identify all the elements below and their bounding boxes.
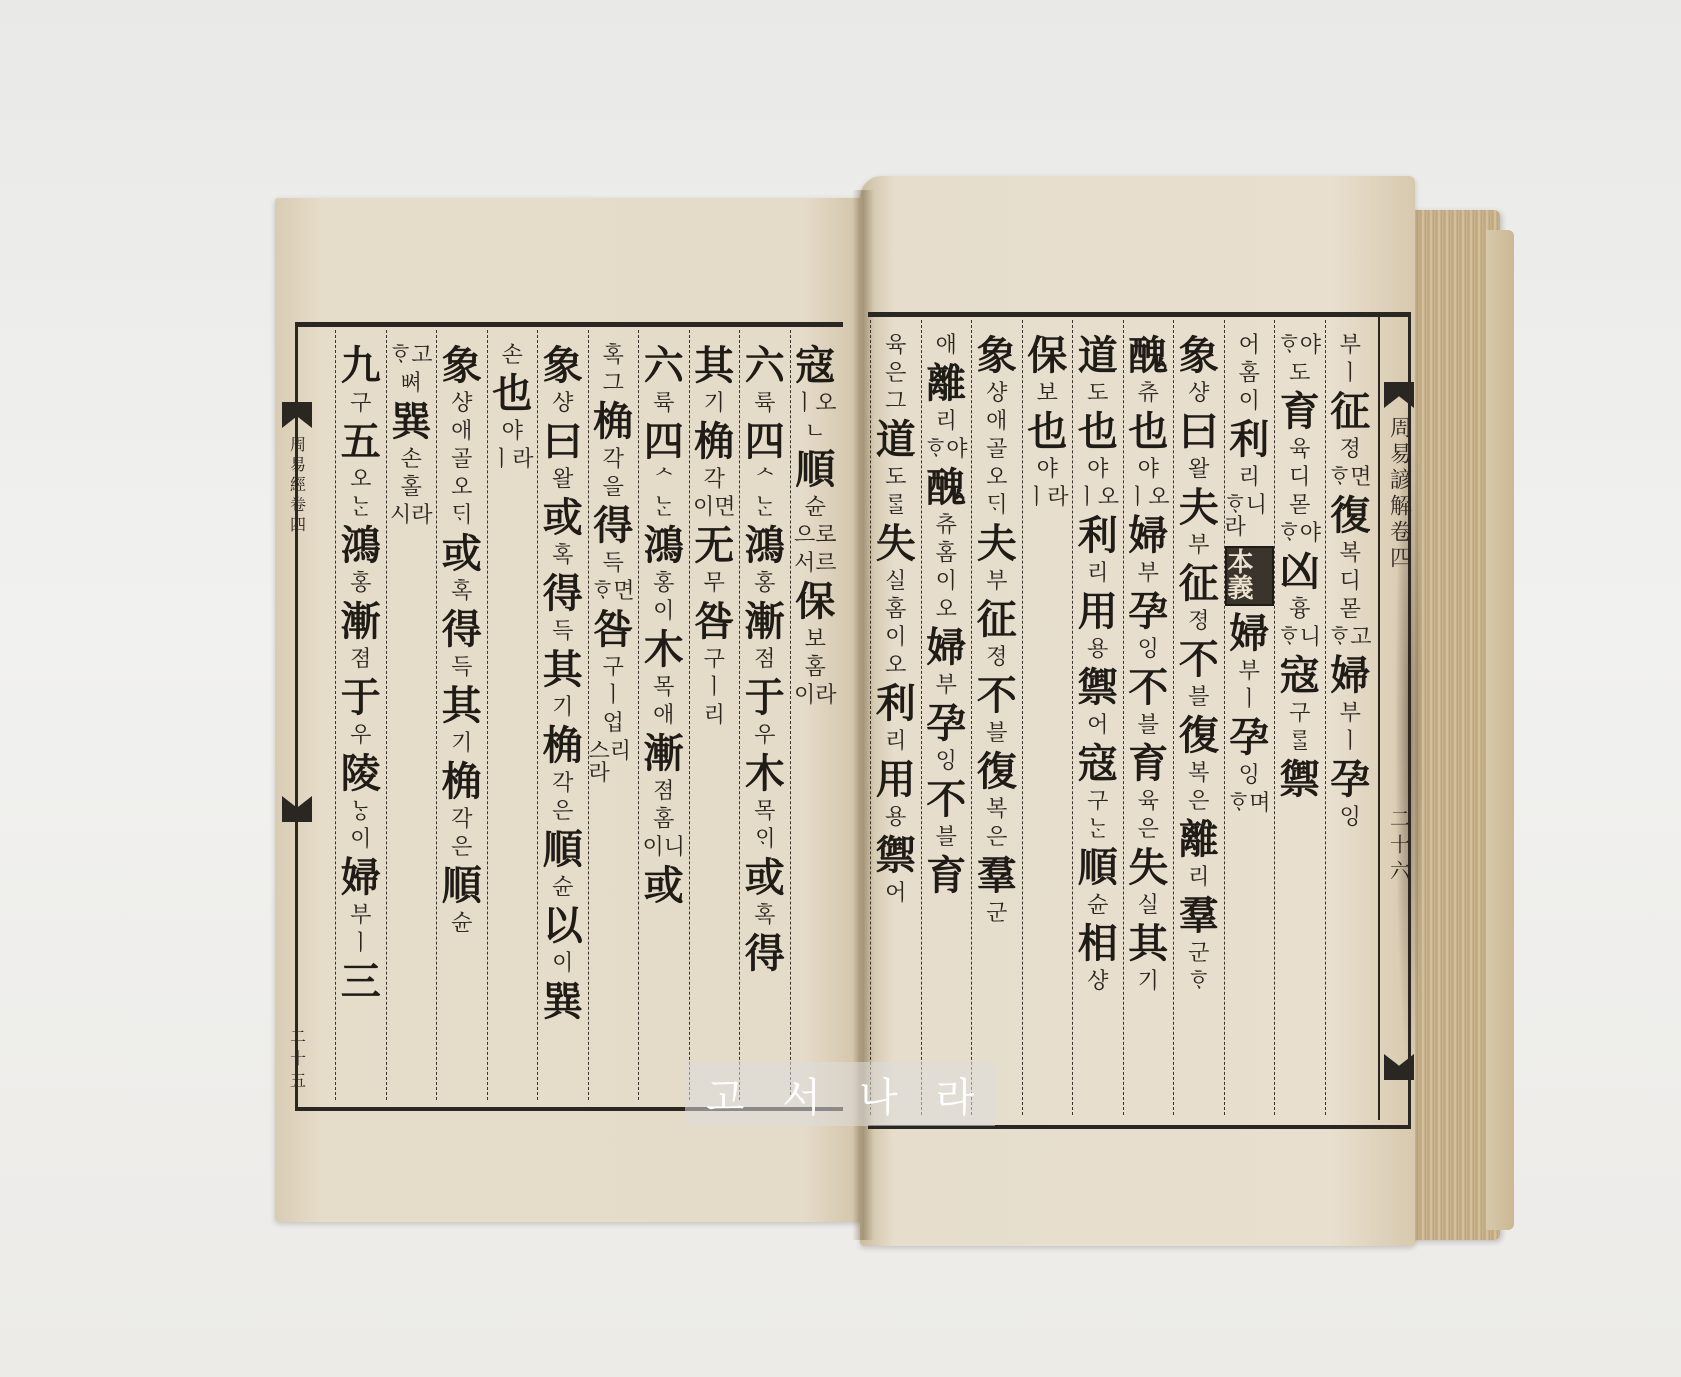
hangul-gloss: 흉 [1289, 599, 1310, 621]
hangul-gloss: ᄒᆞ야 [1278, 523, 1321, 545]
hangul-gloss: 홈 [805, 657, 826, 679]
hangul-gloss: ㅣ라 [491, 449, 534, 471]
hanja-character: 利 [876, 684, 916, 724]
hanja-character: 其 [1128, 924, 1168, 964]
hangul-gloss: ᄅᆞᆯ [885, 495, 906, 517]
right-fore-edge-margin: 周易諺解卷四 二十六 [1378, 312, 1418, 1120]
hanja-character: 无 [694, 526, 734, 566]
fishtail-upper-icon [1384, 382, 1414, 408]
watermark: 고서나라 [685, 1062, 995, 1126]
hanja-character: 鴻 [745, 526, 785, 566]
hangul-gloss: 골 [986, 439, 1007, 461]
fishtail-lower-icon [1384, 1054, 1414, 1080]
hangul-gloss: 홍 [754, 573, 775, 595]
hanja-character: 婦 [1128, 516, 1168, 556]
hanja-character: 育 [1280, 392, 1320, 432]
hangul-gloss: 도 [1087, 383, 1108, 405]
hanja-character: 或 [745, 858, 785, 898]
hangul-gloss: ㅣ [1239, 689, 1260, 711]
hangul-gloss: 복 [1340, 543, 1361, 565]
hanja-character: 育 [926, 856, 966, 896]
hangul-gloss: 졍 [1340, 439, 1361, 461]
hanja-character: 征 [1179, 564, 1219, 604]
hangul-gloss: 은 [1138, 819, 1159, 841]
hangul-gloss: 오 [936, 599, 957, 621]
hanja-character: 保 [1027, 336, 1067, 376]
hangul-gloss: 잉 [936, 751, 957, 773]
hanja-character: 不 [1128, 668, 1168, 708]
hangul-gloss: 이면 [693, 497, 736, 519]
hangul-gloss: 리 [1087, 563, 1108, 585]
hangul-gloss: 홈 [653, 809, 674, 831]
hangul-gloss: 리 [1239, 467, 1260, 489]
hanja-character: 羣 [977, 856, 1017, 896]
hangul-gloss: 샹 [1087, 971, 1108, 993]
hangul-gloss: 기 [552, 697, 573, 719]
hangul-gloss: 은 [451, 837, 472, 859]
hanja-character: 婦 [926, 628, 966, 668]
hanja-character: 利 [1229, 420, 1269, 460]
hangul-gloss: ᄡᅧ [401, 373, 422, 395]
left-fore-edge-margin: 周易經卷四 二十五 [282, 322, 312, 1102]
hangul-gloss: 손 [401, 449, 422, 471]
hangul-gloss: 리 [936, 411, 957, 433]
hangul-gloss: 득 [552, 621, 573, 643]
hanja-character: 其 [442, 686, 482, 726]
hangul-gloss: 부 [1188, 535, 1209, 557]
watermark-char: 고 [706, 1066, 745, 1123]
hanja-character: 陵 [341, 754, 381, 794]
hangul-gloss: 야 [1037, 459, 1058, 481]
hanja-character: 凶 [1280, 552, 1320, 592]
hanja-character: 其 [694, 346, 734, 386]
watermark-char: 서 [782, 1066, 821, 1123]
hanja-character: 相 [1078, 924, 1118, 964]
fishtail-upper-icon [282, 402, 312, 428]
hanja-character: 孕 [1128, 592, 1168, 632]
hangul-gloss: 샹 [986, 383, 1007, 405]
hangul-gloss: 각 [704, 469, 725, 491]
hanja-character: 九 [341, 346, 381, 386]
hangul-gloss: 무 [704, 573, 725, 595]
hanja-character: 巽 [391, 402, 431, 442]
hangul-gloss: 홍 [653, 573, 674, 595]
hangul-gloss: 홈 [885, 599, 906, 621]
hangul-gloss: 야 [1138, 459, 1159, 481]
hanja-character: 也 [1128, 412, 1168, 452]
hangul-gloss: 업 [603, 713, 624, 735]
watermark-char: 나 [859, 1066, 898, 1123]
hangul-gloss: ᄂᆞᆫ [350, 497, 371, 519]
hanja-character: 寇 [1078, 744, 1118, 784]
hanja-character: 復 [977, 752, 1017, 792]
hangul-gloss: ᄂᆞᆫ [754, 497, 775, 519]
left-page-number: 二十五 [286, 1028, 309, 1094]
hangul-gloss: 오 [350, 469, 371, 491]
hanja-character: 桷 [543, 726, 583, 766]
hangul-gloss: 각 [451, 809, 472, 831]
hangul-gloss: 부 [986, 571, 1007, 593]
hangul-gloss: 야 [1087, 459, 1108, 481]
hangul-gloss: ᄒᆞ고 [390, 345, 433, 367]
hanja-character: 婦 [1330, 656, 1370, 696]
hangul-gloss: 샹 [451, 393, 472, 415]
hangul-gloss: 이 [653, 601, 674, 623]
hanja-character: 桷 [593, 402, 633, 442]
hanja-character: 得 [543, 574, 583, 614]
hangul-gloss: 보 [1037, 383, 1058, 405]
hanja-character: 漸 [644, 734, 684, 774]
hanja-character: 得 [442, 610, 482, 650]
hangul-gloss: 블 [986, 723, 1007, 745]
hangul-gloss: 점 [754, 649, 775, 671]
hangul-gloss: 이라 [794, 685, 837, 707]
hangul-gloss: 복 [1188, 763, 1209, 785]
hangul-gloss: 홀 [401, 477, 422, 499]
text-column: 醜츄也야ㅣ오婦부孕잉不블育육은失실其기 [1123, 320, 1174, 1115]
hanja-character: 離 [926, 364, 966, 404]
hanja-character: 順 [442, 866, 482, 906]
hangul-gloss: 도 [885, 467, 906, 489]
hangul-gloss: 슌 [552, 877, 573, 899]
hanja-character: 禦 [876, 836, 916, 876]
text-column: ᄒᆞ고ᄡᅧ巽손홀시라 [386, 330, 437, 1100]
hangul-gloss: 육 [1138, 791, 1159, 813]
hangul-gloss: 은 [1188, 791, 1209, 813]
hangul-gloss: 구 [1289, 703, 1310, 725]
hanja-character: 于 [745, 678, 785, 718]
hangul-gloss: 스리라 [589, 741, 639, 785]
hangul-gloss: 왈 [1188, 459, 1209, 481]
hanja-character: 用 [1078, 592, 1118, 632]
hangul-gloss: 이 [1239, 391, 1260, 413]
hangul-gloss: 혹 [451, 581, 472, 603]
hangul-gloss: 기 [1138, 971, 1159, 993]
hangul-gloss: 시라 [390, 505, 433, 527]
hangul-gloss: 부 [1138, 563, 1159, 585]
hanja-character: 不 [926, 780, 966, 820]
right-text-columns: 부ㅣ征졍ᄒᆞ면復복디몯ᄒᆞ고婦부ㅣ孕잉ᄒᆞ야도育육디몯ᄒᆞ야凶흉ᄒᆞ니寇구ᄅᆞᆯ… [870, 320, 1375, 1115]
hangul-gloss: 슌 [1087, 895, 1108, 917]
text-column: 九구五오ᄂᆞᆫ鴻홍漸졈于우陵ᄂᆞᆼ이婦부ㅣ三 [335, 330, 386, 1100]
hanja-character: 得 [593, 506, 633, 546]
hanja-character: 順 [543, 830, 583, 870]
hangul-gloss: 몯 [1289, 495, 1310, 517]
hangul-gloss: 블 [1188, 687, 1209, 709]
hangul-gloss: 부 [1340, 703, 1361, 725]
hanja-character: 木 [745, 754, 785, 794]
hanja-character: 利 [1078, 516, 1118, 556]
hangul-gloss: 디 [1340, 571, 1361, 593]
hanja-character: 醜 [1128, 336, 1168, 376]
text-column: 象샹曰왈夫부征졍不블復복은離리羣군ᄒᆞ [1173, 320, 1224, 1115]
hanja-character: 寇 [1280, 656, 1320, 696]
hangul-gloss: ᄒᆞ면 [592, 581, 635, 603]
text-column: 象샹曰왈或혹得득其기桷각은順슌以이巽 [537, 330, 588, 1100]
hanja-character: 失 [1128, 848, 1168, 888]
hangul-gloss: 손 [502, 345, 523, 367]
hangul-gloss: 은 [552, 801, 573, 823]
hangul-gloss: ㅣ라 [1026, 487, 1069, 509]
hangul-gloss: ㅣ [704, 677, 725, 699]
hanja-character: 征 [1330, 392, 1370, 432]
hangul-gloss: 혹 [754, 905, 775, 927]
hangul-gloss: 골 [451, 449, 472, 471]
hangul-gloss: 애 [986, 411, 1007, 433]
hangul-gloss: ᄒᆞ고 [1329, 627, 1372, 649]
hanja-character: 保 [795, 582, 835, 622]
hanja-character: 六 [745, 346, 785, 386]
hangul-gloss: 홍 [350, 573, 371, 595]
hangul-gloss: 부 [350, 905, 371, 927]
hangul-gloss: 몯 [1340, 599, 1361, 621]
hanja-character: 于 [341, 678, 381, 718]
text-column: 六륙四ᄉᄂᆞᆫ鴻홍이木목애漸졈홈이니或 [638, 330, 689, 1100]
hangul-gloss: 혹 [603, 345, 624, 367]
hangul-gloss: ᄒᆞ야 [925, 439, 968, 461]
hangul-gloss: 츄 [1138, 383, 1159, 405]
hangul-gloss: 잉 [1340, 807, 1361, 829]
hanja-character: 咎 [694, 602, 734, 642]
text-column: 혹그桷각을得득ᄒᆞ면咎구ㅣ업스리라 [588, 330, 639, 1100]
hangul-gloss: ᄂᆞᆼ [350, 801, 371, 823]
hangul-gloss: 리 [704, 705, 725, 727]
hangul-gloss: 륙 [653, 393, 674, 415]
hanja-character: 漸 [745, 602, 785, 642]
hangul-gloss: 서르 [794, 553, 837, 575]
hanja-character: 木 [644, 630, 684, 670]
hanja-character: 三 [341, 962, 381, 1002]
hangul-gloss: ᄒᆞ니라 [1225, 495, 1275, 539]
text-column: 其기桷각이면无무咎구ㅣ리 [689, 330, 740, 1100]
hangul-gloss: 륙 [754, 393, 775, 415]
hangul-gloss: 도 [1289, 363, 1310, 385]
hangul-gloss: 샹 [552, 393, 573, 415]
right-margin-title: 周易諺解卷四 [1384, 416, 1415, 572]
hangul-gloss: 기 [704, 393, 725, 415]
hanja-character: 漸 [341, 602, 381, 642]
hanja-character: 也 [1078, 412, 1118, 452]
hangul-gloss: 이 [552, 953, 573, 975]
watermark-char: 라 [936, 1066, 975, 1123]
hanja-character: 巽 [543, 982, 583, 1022]
hangul-gloss: 부 [1340, 335, 1361, 357]
hanja-character: 象 [442, 346, 482, 386]
text-column: ᄒᆞ야도育육디몯ᄒᆞ야凶흉ᄒᆞ니寇구ᄅᆞᆯ禦 [1274, 320, 1325, 1115]
hangul-gloss: ᄒᆞ [1188, 971, 1209, 993]
hanja-character: 夫 [1179, 488, 1219, 528]
hanja-character: 象 [543, 346, 583, 386]
hanja-character: 道 [876, 420, 916, 460]
hanja-character: 羣 [1179, 896, 1219, 936]
hangul-gloss: 그 [603, 373, 624, 395]
text-column: 保보也야ㅣ라 [1022, 320, 1073, 1115]
hangul-gloss: ㅣ오 [1127, 487, 1170, 509]
hanja-character: 道 [1078, 336, 1118, 376]
hangul-gloss: 리 [885, 731, 906, 753]
hanja-character: 順 [1078, 848, 1118, 888]
hangul-gloss: 어 [1239, 335, 1260, 357]
text-column: 象샹애골오ᄃᆡ夫부征졍不블復복은羣군 [971, 320, 1022, 1115]
hanja-character: 鴻 [341, 526, 381, 566]
hangul-gloss: 은 [986, 827, 1007, 849]
hanja-character: 婦 [341, 858, 381, 898]
hangul-gloss: ᄃᆡ [451, 505, 472, 527]
hangul-gloss: 을 [603, 477, 624, 499]
hangul-gloss: 혹 [552, 545, 573, 567]
hanja-character: 四 [745, 422, 785, 462]
hanja-character: 桷 [442, 762, 482, 802]
hangul-gloss: 디 [1289, 467, 1310, 489]
hanja-character: 夫 [977, 524, 1017, 564]
text-column: 애離리ᄒᆞ야醜츄홈이오婦부孕잉不블育 [921, 320, 972, 1115]
hangul-gloss: 애 [653, 705, 674, 727]
hangul-gloss: 오 [986, 467, 1007, 489]
hangul-gloss: 왈 [552, 469, 573, 491]
hanja-character: 復 [1179, 716, 1219, 756]
hanja-character: 婦 [1229, 614, 1269, 654]
hangul-gloss: 이 [350, 829, 371, 851]
hangul-gloss: 목 [653, 677, 674, 699]
hanja-character: 孕 [926, 704, 966, 744]
hangul-gloss: 우 [754, 725, 775, 747]
hangul-gloss: 군 [986, 903, 1007, 925]
hangul-gloss: 구 [1087, 791, 1108, 813]
hangul-gloss: 득 [451, 657, 472, 679]
text-column: 육은그道도ᄅᆞᆯ失실홈이오利리用용禦어 [870, 320, 921, 1115]
hangul-gloss: 각 [603, 449, 624, 471]
hangul-gloss: 그 [885, 391, 906, 413]
hangul-gloss: 목 [754, 801, 775, 823]
hanja-character: 失 [876, 524, 916, 564]
hangul-gloss: 졍 [986, 647, 1007, 669]
left-text-columns: 寇ㅣ오ㄴ順슌으로서르保보홈이라六륙四ᄉᄂᆞᆫ鴻홍漸점于우木목ᄋᆡ或혹得其기桷각이… [335, 330, 840, 1100]
hanja-character: 孕 [1330, 760, 1370, 800]
hangul-gloss: 졈 [653, 781, 674, 803]
hanja-character: 育 [1128, 744, 1168, 784]
hangul-gloss: 블 [1138, 715, 1159, 737]
hangul-gloss: 졍 [1188, 611, 1209, 633]
hangul-gloss: ㄴ [805, 421, 826, 443]
hangul-gloss: 오 [885, 655, 906, 677]
hangul-gloss: 애 [451, 421, 472, 443]
hangul-gloss: 잉 [1239, 765, 1260, 787]
hangul-gloss: 육 [885, 335, 906, 357]
hanja-character: 四 [644, 422, 684, 462]
hanja-character: 或 [543, 498, 583, 538]
hanja-character: 禦 [1078, 668, 1118, 708]
hanja-character: 鴻 [644, 526, 684, 566]
hangul-gloss: 우 [350, 725, 371, 747]
hangul-gloss: 애 [936, 335, 957, 357]
hangul-gloss: 득 [603, 553, 624, 575]
hangul-gloss: 잉 [1138, 639, 1159, 661]
left-margin-title: 周易經卷四 [286, 436, 309, 536]
fishtail-lower-icon [282, 796, 312, 822]
hanja-character: 象 [977, 336, 1017, 376]
hangul-gloss: 홈 [936, 543, 957, 565]
hangul-gloss: ㅣ [1340, 731, 1361, 753]
hangul-gloss: 구 [350, 393, 371, 415]
hangul-gloss: 으로 [794, 525, 837, 547]
hanja-character: 或 [644, 866, 684, 906]
text-column: 六륙四ᄉᄂᆞᆫ鴻홍漸점于우木목ᄋᆡ或혹得 [739, 330, 790, 1100]
hangul-gloss: 실 [885, 571, 906, 593]
hangul-gloss: 복 [986, 799, 1007, 821]
hangul-gloss: 육 [1289, 439, 1310, 461]
hangul-gloss: 어 [1087, 715, 1108, 737]
hangul-gloss: ᄒᆞ야 [1278, 335, 1321, 357]
hangul-gloss: 구 [603, 657, 624, 679]
hanja-character: 咎 [593, 610, 633, 650]
hangul-gloss: 실 [1138, 895, 1159, 917]
hangul-gloss: 리 [1188, 867, 1209, 889]
hangul-gloss: 은 [885, 363, 906, 385]
hangul-gloss: ᄂᆞᆫ [653, 497, 674, 519]
hangul-gloss: ㅣ [350, 933, 371, 955]
hanja-character: 其 [543, 650, 583, 690]
hangul-gloss: ㅣ오 [1076, 487, 1119, 509]
hanja-character: 孕 [1229, 718, 1269, 758]
text-column: 어홈이利리ᄒᆞ니라本義婦부ㅣ孕잉ᄒᆞ며 [1224, 320, 1275, 1115]
hangul-gloss: 슌 [805, 497, 826, 519]
text-column: 象샹애골오ᄃᆡ或혹得득其기桷각은順슌 [436, 330, 487, 1100]
hanja-character: 曰 [543, 422, 583, 462]
hanja-character: 也 [492, 374, 532, 414]
hanja-character: 得 [745, 934, 785, 974]
hangul-gloss: 슌 [451, 913, 472, 935]
hangul-gloss: 구 [704, 649, 725, 671]
text-column: 道도也야ㅣ오利리用용禦어寇구ᄂᆞᆫ順슌相샹 [1072, 320, 1123, 1115]
hangul-gloss: ㅣ [1340, 363, 1361, 385]
hangul-gloss: 오 [451, 477, 472, 499]
hangul-gloss: 용 [1087, 639, 1108, 661]
hangul-gloss: ᄉ [754, 469, 775, 491]
right-page-number: 二十六 [1385, 808, 1414, 886]
hanja-character: 順 [795, 450, 835, 490]
hangul-gloss: ᄒᆞ니 [1278, 627, 1321, 649]
hangul-gloss: 츄 [936, 515, 957, 537]
hangul-gloss: 홈 [1239, 363, 1260, 385]
text-column: 부ㅣ征졍ᄒᆞ면復복디몯ᄒᆞ고婦부ㅣ孕잉 [1325, 320, 1376, 1115]
hangul-gloss: 야 [502, 421, 523, 443]
hangul-gloss: 이 [936, 571, 957, 593]
hanja-character: 曰 [1179, 412, 1219, 452]
hanja-character: 桷 [694, 422, 734, 462]
hangul-gloss: ᄅᆞᆯ [1289, 731, 1310, 753]
hanja-character: 五 [341, 422, 381, 462]
hanja-character: 醜 [926, 468, 966, 508]
benui-label-box: 本義 [1225, 546, 1275, 606]
hanja-character: 離 [1179, 820, 1219, 860]
hangul-gloss: 부 [936, 675, 957, 697]
hanja-character: 以 [543, 906, 583, 946]
hangul-gloss: 용 [885, 807, 906, 829]
text-column: 寇ㅣ오ㄴ順슌으로서르保보홈이라 [790, 330, 841, 1100]
hangul-gloss: 군 [1188, 943, 1209, 965]
hangul-gloss: 샹 [1188, 383, 1209, 405]
hanja-character: 象 [1179, 336, 1219, 376]
hangul-gloss: 이니 [642, 837, 685, 859]
hangul-gloss: ᄋᆡ [754, 829, 775, 851]
hangul-gloss: ㅣ [603, 685, 624, 707]
hanja-character: 征 [977, 600, 1017, 640]
hanja-character: 寇 [795, 346, 835, 386]
hanja-character: 用 [876, 760, 916, 800]
hangul-gloss: 이 [885, 627, 906, 649]
hangul-gloss: 졈 [350, 649, 371, 671]
hangul-gloss: ᄉ [653, 469, 674, 491]
